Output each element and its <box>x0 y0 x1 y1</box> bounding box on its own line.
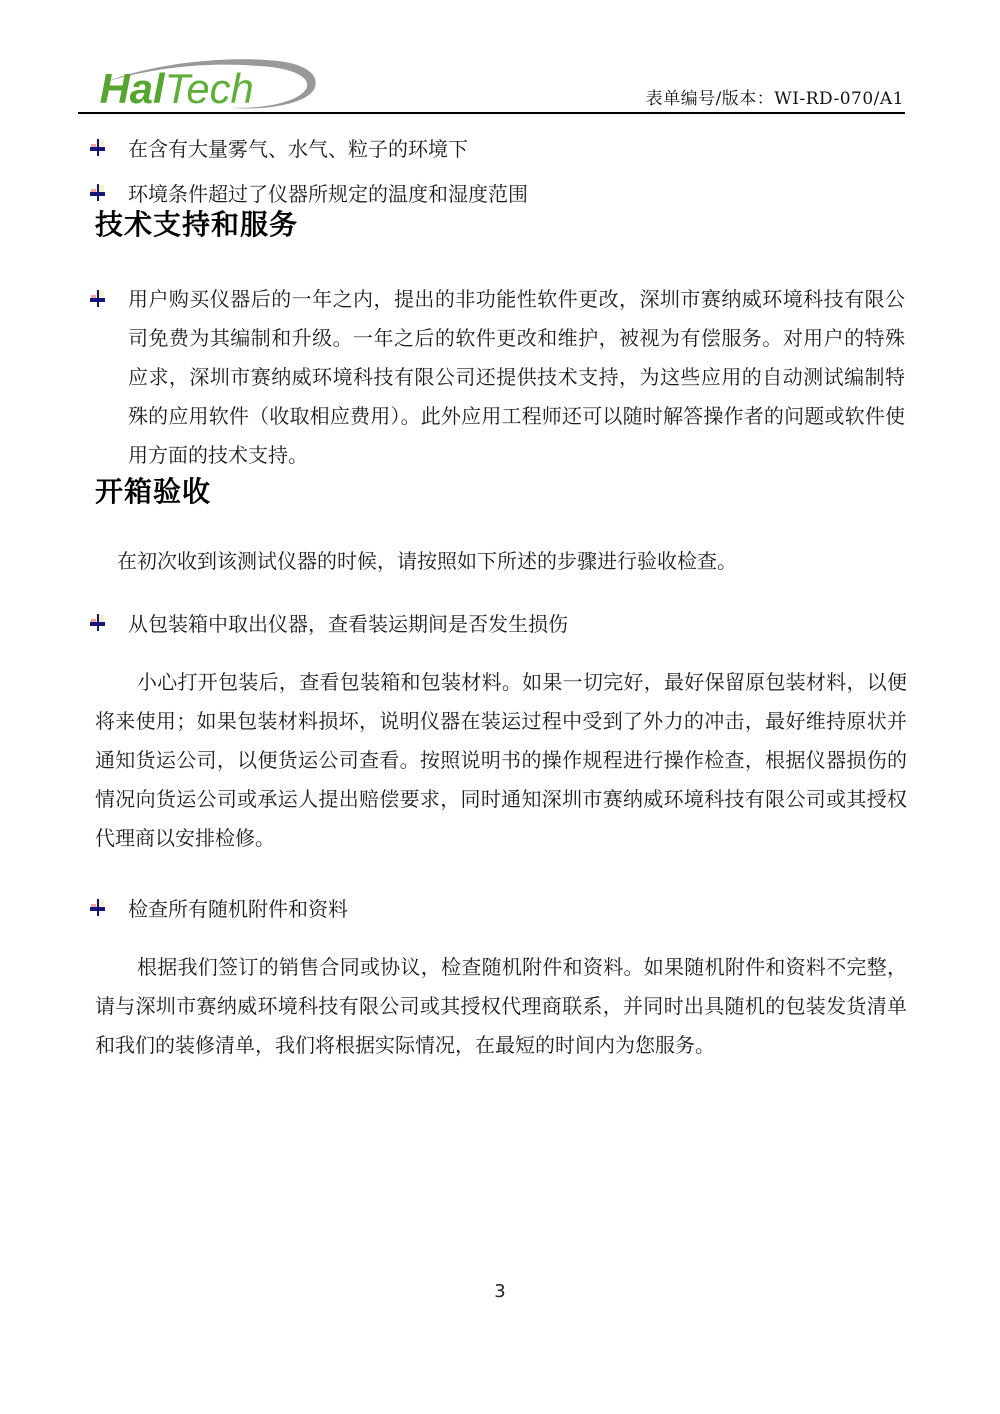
document-page: HalTech 表单编号/版本：WI-RD-070/A1 在含有大量雾气、水气、… <box>0 0 1000 1414</box>
list-item: 环境条件超过了仪器所规定的温度和湿度范围 <box>95 180 907 208</box>
support-paragraph: 用户购买仪器后的一年之内，提出的非功能性软件更改，深圳市赛纳威环境科技有限公司免… <box>128 280 905 475</box>
logo-part1: Hal <box>100 65 166 112</box>
page-content: 在含有大量雾气、水气、粒子的环境下 环境条件超过了仪器所规定的温度和湿度范围 技… <box>95 127 907 1065</box>
accessories-paragraph: 根据我们签订的销售合同或协议，检查随机附件和资料。如果随机附件和资料不完整，请与… <box>95 948 907 1065</box>
unpack-paragraph: 小心打开包装后，查看包装箱和包装材料。如果一切完好，最好保留原包装材料，以便将来… <box>95 663 907 858</box>
list-item: 从包装箱中取出仪器，查看装运期间是否发生损伤 <box>95 610 907 638</box>
logo-text: HalTech <box>100 65 254 112</box>
form-number: 表单编号/版本：WI-RD-070/A1 <box>646 84 904 109</box>
list-item-text: 从包装箱中取出仪器，查看装运期间是否发生损伤 <box>128 610 568 638</box>
list-item-text: 检查所有随机附件和资料 <box>128 895 348 923</box>
section-title-unpack: 开箱验收 <box>95 475 907 509</box>
section-title-support: 技术支持和服务 <box>95 208 907 242</box>
list-item-text: 在含有大量雾气、水气、粒子的环境下 <box>128 135 468 163</box>
haltech-logo: HalTech <box>92 55 320 117</box>
list-item: 检查所有随机附件和资料 <box>95 895 907 923</box>
color-cross-bullet-icon <box>90 139 106 157</box>
list-item: 用户购买仪器后的一年之内，提出的非功能性软件更改，深圳市赛纳威环境科技有限公司免… <box>95 280 907 475</box>
list-item: 在含有大量雾气、水气、粒子的环境下 <box>95 135 907 163</box>
logo-part2: Tech <box>165 65 254 112</box>
header-divider <box>78 112 905 114</box>
list-item-text: 环境条件超过了仪器所规定的温度和湿度范围 <box>128 180 528 208</box>
color-cross-bullet-icon <box>90 184 106 202</box>
color-cross-bullet-icon <box>90 899 106 917</box>
unpack-intro: 在初次收到该测试仪器的时候，请按照如下所述的步骤进行验收检查。 <box>95 547 907 575</box>
page-number: 3 <box>0 1281 1000 1302</box>
color-cross-bullet-icon <box>90 290 106 308</box>
color-cross-bullet-icon <box>90 614 106 632</box>
